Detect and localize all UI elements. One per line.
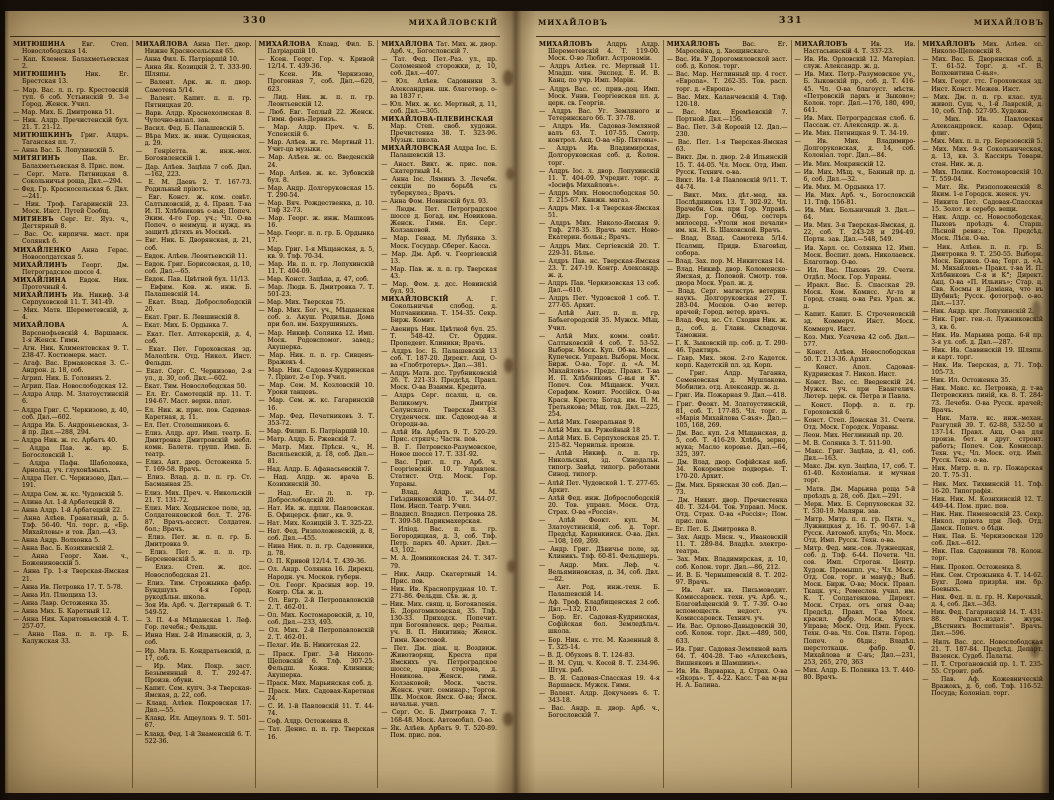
directory-entry: — Генріетта. ж. инж.-мех. Богоявленскій … xyxy=(136,148,252,162)
directory-entry: — Ник. Ник. Пименовскій 23. Секр. Никол.… xyxy=(922,511,1043,532)
directory-entry: — Ив. Мих. Больничный 3. Двл.—64. xyxy=(795,207,916,221)
directory-entry: — Влад. Влад. Самотека 5/14. Псалмщ. При… xyxy=(667,235,788,256)
directory-entry: — Вас. Мих. Еремѣевскій 7. Портной. Двл.… xyxy=(667,109,788,123)
directory-entry: — Агрип. Пав. Новослободская 12. xyxy=(13,383,129,390)
directory-entry: — Елиз. Влад. д. п. п. гр. Ст. Басманная… xyxy=(136,474,252,488)
directory-entry: — Евг. Конст. ж. ком. совѣт. Салтыковскі… xyxy=(136,194,252,237)
directory-entry: — Анна Лавр. Остоженка 35. xyxy=(13,600,129,607)
directory-entry: — Пет. Дм. діак. ц. Воздвиж. Животворящ.… xyxy=(381,645,497,709)
directory-entry: — Ник. Григ. ген.-л. Лужниковскій 3, кв.… xyxy=(922,316,1043,330)
surname: МИХАЙЛОВА-ПЛЕВИНСКАЯ xyxy=(381,116,493,123)
directory-entry: — Анна Фом. Новинскій бул. 93. xyxy=(381,198,497,205)
directory-entry: — М. А. Домниковская 24. Т. 347-79. xyxy=(381,555,497,569)
directory-entry: — Мар. Фом. д. дсс. Новинскій бул. 93. xyxy=(381,281,497,295)
directory-entry: — Варв. Алдр. Краснохолмская 8. Чулочно-… xyxy=(136,110,252,124)
directory-entry: — Мих. Мих. 9-я Сокольническая, д. 13, к… xyxy=(922,146,1043,167)
directory-entry: — Инна Ник. 2-й Ильинскій, д. 3, соб. xyxy=(136,632,252,646)
directory-entry: — Тат. Фед. Пет.-Раз. ул., пр. Соломенно… xyxy=(381,56,497,77)
directory-entry: — Анна Гр. 1-я Тверская-Ямская 21. xyxy=(13,568,129,582)
directory-entry: — Анна Ил. Плющиха 13. xyxy=(13,592,129,599)
directory-entry: — И. В. Б. Чернышевскій 8. Т. 202-97. Вр… xyxy=(667,572,788,586)
directory-entry: — Вас. Ос. кирпичн. маст. при Солянкѣ 6. xyxy=(13,231,129,245)
directory-entry: — Ник. Андр. Скатертный 14. Прис. пов. xyxy=(381,571,497,585)
directory-entry: — Екат. Серг. С. Черкизово, 2-я ул., д. … xyxy=(136,368,252,382)
directory-entry: — Авениръ Ник. Цвѣтной бул. 25. Т. 548-4… xyxy=(381,326,497,347)
directory-entry: — Алѣй Фед. инж. Доброслободскій 20. Тов… xyxy=(539,495,660,516)
edge-stain xyxy=(1030,640,1040,658)
directory-entry: — Екат. Григ. Б. Левшинскій 8. xyxy=(136,314,252,321)
directory-entry: — Дм. Никит. двор. Пречистенка 40. Т. 32… xyxy=(667,497,788,525)
directory-entry: — Ив. Ант. кв. Письмоводит. Комиссаровск… xyxy=(667,587,788,622)
directory-entry: — Ант. Род. инж.-техн. Б. Палашевскій 14… xyxy=(539,584,660,598)
directory-entry: — Алдръ Вас. сс. прив.-доц. Имп. Моск. У… xyxy=(539,86,660,107)
directory-entry: — Влад. Серг. магистръ ветерин. наукъ. Д… xyxy=(667,288,788,316)
directory-entry: — В. Я. Садовая-Спасская 19. 4-я Варшавс… xyxy=(539,675,660,689)
directory-entry: — Мар. Сем. ж. кс. Гагаринскій 16. xyxy=(259,397,375,411)
surname: МИХАЙЛЕНКО xyxy=(13,247,82,254)
directory-entry: — Анна Ив. Петровка 17. Т. 5-78. xyxy=(13,584,129,591)
ink-stain xyxy=(507,560,515,573)
directory-entry: — Алдръ Мих. 1-я Тверская-Ямская 51. xyxy=(539,205,660,219)
directory-entry: — Мих. Ив. Павловская Александровск. каз… xyxy=(922,116,1043,137)
directory-entry: — Алѣй Мих. кв. Ружейный 18 xyxy=(539,427,660,434)
directory-entry: МИХАЙЛЕНКО Анна Герас. Новосолдатская 5. xyxy=(13,247,129,261)
directory-entry: — Юл. Мих. ж. кс. Мертвый, д. 11, соб. Д… xyxy=(381,101,497,115)
surname: МИХАЙЛИНЪ xyxy=(13,262,82,269)
directory-entry: — Алѣй Мих. Б. Серпуховская 25. Т. 215-8… xyxy=(539,435,660,449)
directory-entry: — Ив. Мих. Пятницкая 9. Т. 34-19. xyxy=(795,130,916,137)
directory-entry: — Мих. Матв. Шереметевскій, д. 4. xyxy=(13,307,129,321)
directory-entry: МИХАЙЛИНЪ Ив. Никиф. 3-й Серпуховской 11… xyxy=(13,292,129,306)
directory-entry: — Ник. Ив. Краснопрудная 10. Т. 271-86. … xyxy=(381,586,497,600)
directory-entry: — Елиз. Мих. Преч. ч. Никольскій 21. Т. … xyxy=(136,490,252,504)
directory-entry: — Алдръ Ив. Владимирская, Долгоруковская… xyxy=(539,145,660,166)
directory-entry: — Ник. Мих. Тихвинскій 11. Тлф. 16-20. Т… xyxy=(922,481,1043,495)
directory-entry: — Макс. Григ. Зацѣпа, д. 41, соб. Двл.—1… xyxy=(795,448,916,462)
directory-entry: — Вас. Пет. 3-й Коровій 12. Двл.—230. xyxy=(667,124,788,138)
directory-entry: — Екат. Мих. Б. Ордынка 7. xyxy=(136,322,252,329)
running-head-right: МИХАЙЛОВЪ xyxy=(974,18,1044,27)
directory-entry: — Ир. Матв. Б. Кондратьевскій, д. 17, со… xyxy=(136,648,252,662)
directory-entry: — Ник. Троф. Гагаринскій 23. Моск. Инст.… xyxy=(13,201,129,215)
directory-entry: — Ник. Ив. Марьина роща. 6-й пр. 3-я ул.… xyxy=(922,332,1043,346)
surname: МИТЮШИНА xyxy=(13,41,82,48)
directory-entry: МИХАЙЛОВА-ПЛЕВИНСКАЯ Мар. Степ. своб. ху… xyxy=(381,116,497,144)
directory-entry: — Ник. Ил. Остоженка 35. xyxy=(922,377,1043,384)
directory-entry: — Леон. Мих. Неглинный пр. 20. xyxy=(795,432,916,439)
surname: МИХАЙЛОВЪ xyxy=(795,41,871,48)
directory-entry: — Мар. Мих. Бог. уч., Мѣщанская соб. з. … xyxy=(259,307,375,328)
directory-entry: — Ив. Ив. Варварка, д. Страх. О-ва «Якор… xyxy=(667,668,788,689)
directory-entry: — Ир. Мих. Покр. заст. Безымянный 8. Т. … xyxy=(136,663,252,684)
page-header-330: 330 МИХАЙЛОВСКІЙ xyxy=(10,14,500,36)
directory-entry: — О. П. Кривой 12/14. Т. 439-36. xyxy=(259,558,375,565)
directory-entry: — Ник. Алдр. сс. Новослободская, Пыховъ … xyxy=(922,214,1043,242)
directory-entry: — Ив. Мих. Мокринскій 12. xyxy=(795,161,916,168)
directory-entry: — Ив. Харл. сс. Солянка 12. Имп. Моск. В… xyxy=(795,245,916,266)
directory-entry: — Ник. Мих. свящ. ц. Богоявленія. Б. Дор… xyxy=(381,601,497,644)
directory-entry: — Ол. Георг. Красныя вор. 19. Контр. Сѣв… xyxy=(259,582,375,596)
directory-entry: — Ел. Ег. Самотецкій пр. 11. Т. 194-67. … xyxy=(136,391,252,405)
directory-entry: — Алдръ Мих. Новослободская 50. Т. 215-6… xyxy=(539,190,660,204)
directory-entry: — Бор. Ег. Садовая-Кудринская, Софійская… xyxy=(539,614,660,635)
directory-entry: — Тат. Денис. п. п. гр. Тверская 16. xyxy=(259,726,375,740)
directory-entry: — Ник. Фед. Гагаринскій 14. Т. 431-88. Р… xyxy=(922,609,1043,637)
directory-entry: — Клавд. Фед. 1-й Знаменскій 6. Т. 522-3… xyxy=(136,731,252,745)
directory-entry: МИТЮШИНЪ Ник. Ег. Брестская 13. xyxy=(13,71,129,85)
directory-entry: — Алдра Сем. ж. кс. Чудовскій 5. xyxy=(13,491,129,498)
directory-entry: — Анна Фил. Б. Патріаршій 10. xyxy=(136,56,252,63)
directory-entry: — Мар. Фед. Печатниковъ 3. Т. 353-72. xyxy=(259,413,375,427)
page-number-331: 331 xyxy=(779,15,803,26)
directory-entry: — Ник. Ник. М. Козихинскій 12. Т. 449-44… xyxy=(922,496,1043,510)
directory-entry: — Алдръ Пет. Чудовской 1 соб. Т. 277-65.… xyxy=(539,295,660,309)
directory-entry: — Ив. Ив. Орловскій 12. Матеріал. служ. … xyxy=(795,56,916,70)
page-331: МИХАЙЛОВЪ 331 МИХАЙЛОВЪ МИХАЙЛОВЪ Алдръ … xyxy=(536,14,1046,792)
directory-entry: — Ол. Андр. Солянка 16. Дирекц. Народн. … xyxy=(259,566,375,580)
directory-entry: — Ив. Мих. М. Ордынка 17. xyxy=(795,184,916,191)
directory-entry: — Агн. Ник. Климентовская 9. Т. 238-47. … xyxy=(13,345,129,359)
directory-entry: — Алдръ Мих. Сергіевскій 20. Т. 229-31. … xyxy=(539,243,660,257)
directory-entry: — Клавд. Ил. Ащеуловъ 9. Т. 501-67. xyxy=(136,715,252,729)
directory-entry: — Евфим. Ков. ж. инж. Б. Палашевскій 14. xyxy=(136,284,252,298)
directory-entry: — Анна Вас. Б. Козихинскій 2. xyxy=(13,545,129,552)
directory-entry: — Матр. Алдр. Б. Ржевскій 7. xyxy=(259,436,375,443)
directory-entry: — Евг. Ник. Б. Дворянская, д. 21, соб. xyxy=(136,237,252,251)
directory-entry: — Нилъ Вас. дсс. Новослободская 21. Т. 1… xyxy=(922,639,1043,660)
directory-entry: — Серг. Ос. Б. Дмитровка 7. Т. 168-48. М… xyxy=(381,709,497,723)
surname: МИХАЙЛОВА xyxy=(136,41,194,48)
directory-entry: — Андр. Мих. Леф. ч. Вельяминовская, д. … xyxy=(539,562,660,583)
directory-entry: — Мар. Мих. Б. Дмитровка 51. xyxy=(13,109,129,116)
directory-entry: — Влад. Алдр. нс. М. Гнѣздниковскій 10. … xyxy=(381,489,497,510)
directory-entry: — Як. Алѣев. Арбатъ 9. Т. 520-89. Пом. п… xyxy=(381,725,497,739)
directory-entry: — Над. Ег. л. п. гр. Доброслободскій 20. xyxy=(259,490,375,504)
surname: МИХАЙЛОВЪ xyxy=(667,41,742,48)
directory-entry: — Елиз. Мих. Ходынское поле, зд. Солдате… xyxy=(136,505,252,533)
directory-entry: — Иліод. Вас. п. п. гр. Богородицкая, д.… xyxy=(381,526,497,554)
directory-entry: — Мар. Генад. М. Лубянка 3. Моск. Госуда… xyxy=(381,235,497,249)
directory-entry: — Ел. Пет. Столешниковъ 6. xyxy=(136,422,252,429)
directory-entry: — Ол. Евгр. 2-й Петропавловскій 2. Т. 46… xyxy=(259,597,375,611)
directory-entry: — Мерк. Мих. Б. Серпуховская 32. Т. 530-… xyxy=(795,501,916,515)
directory-entry: МИХАЙЛОВА А. Варсонофьевскій 4. Варшавск… xyxy=(13,322,129,343)
directory-entry: — Мар. Андр. Долгоруковская 15. Т. 290-5… xyxy=(259,185,375,199)
directory-entry: — Анна Іос. Ляминъ 3. Лечебн. секціи по … xyxy=(381,176,497,197)
directory-entry: — Васил. Фед. Б. Палашевскій 5. xyxy=(136,125,252,132)
directory-entry: — Дм. Влад. двор. Софійская наб. 34. Кок… xyxy=(667,459,788,480)
directory-entry: — Конст. Степ. Донская 31. Счетн. Отд. М… xyxy=(795,417,916,431)
directory-entry: — Мих. Георг. ттс. Гороховская зд. Инст.… xyxy=(922,78,1043,92)
directory-entry: — Ол. Мих. Костомаровскій, д. 10, соб. Д… xyxy=(259,612,375,626)
directory-entry: МИХАЙЛОВЪ Алдръ Алдр. Шереметевскій 4. Т… xyxy=(539,41,660,62)
directory-entry: — Мих. Вас. Б. Дворянская соб. д. Т. 61-… xyxy=(922,56,1043,77)
directory-entry: — Григ. Алдр. Таганка, Семеновская д. Му… xyxy=(667,370,788,391)
directory-entry: — Фед. Гр. Красносельская 6. Двл.—241. xyxy=(13,186,129,200)
directory-entry: — Никита Пет. Садовая-Спасская 15. Золот… xyxy=(922,199,1043,213)
ink-stain xyxy=(506,168,514,180)
directory-entry: — Алѣй Пет. Чудовской 1. Т. 277-65. Архи… xyxy=(539,480,660,494)
directory-entry: — Валент. Арк. ж. п. двор. Самотека 5/14… xyxy=(136,79,252,93)
directory-entry: — Мар. Конст. Зацѣпа, д. 47, соб. xyxy=(259,276,375,283)
directory-entry: — Алѣй Феокт. куп. М. Златоустинскій, со… xyxy=(539,517,660,545)
directory-entry: — Конст. Апол. Садовая-Кудринская 7. Ник… xyxy=(795,364,916,378)
surname: МИХАЙЛОВА xyxy=(259,41,318,48)
directory-entry: — Анна Пав. п. п. гр. Б. Калужская 33. xyxy=(13,631,129,645)
directory-entry: — Ник. Алѣев. п. п. гр. Б. Дмитровка 9. … xyxy=(922,244,1043,308)
directory-column: МИХАЙЛОВЪ Алдръ Алдр. Шереметевскій 4. Т… xyxy=(536,40,663,788)
directory-entry: — Ив. Мих. Мѣщ. ч., Банный пр. д. 6, соб… xyxy=(795,169,916,183)
directory-entry: — Андр. Григ. Дѣвичье поле, зд. Клиникъ.… xyxy=(539,546,660,560)
directory-entry: МИХАЙЛОВЪ Вас. Ег. Маросейка, д. Хвощинс… xyxy=(667,41,788,55)
directory-column: МИХАЙЛОВА Клавд. Фил. Б. Патріаршій 10.—… xyxy=(255,40,378,788)
directory-entry: — Викт. Дм. п. двор. 2-й Ильинскій 15. Т… xyxy=(667,154,788,175)
directory-entry: — Ник. Фед. п. п. гр. Н. Кирочный, д. 4,… xyxy=(922,594,1043,608)
surname: МИХАЙЛОВА xyxy=(381,41,436,48)
page-number-330: 330 xyxy=(243,15,267,26)
directory-entry: — Серг. Матв. Пятницкая 8. Сокольничья р… xyxy=(13,171,129,185)
directory-entry: — Ник. Макс. кс. Петровка, д. т-ва Петро… xyxy=(922,385,1043,413)
directory-entry: — Алдръ Матв. дсс. Трубниковскій 26. Т. … xyxy=(381,370,497,391)
ink-stain xyxy=(504,358,513,373)
directory-entry: — Влад. Фед. нс. Ст. Сходня Ник. ж. д., … xyxy=(667,317,788,338)
directory-column: МИХАЙЛОВЪ Вас. Ег. Маросейка, д. Хвощинс… xyxy=(663,40,791,788)
directory-entry: — Вас. Григ. п. гр. Арб. ч. Георгіевскій… xyxy=(381,459,497,487)
directory-entry: — Алдра Пет. С. Черкизово, Двл.—191. xyxy=(13,475,129,489)
directory-entry: — С. И. 1-й Павловскій 11. Т. 44-74. xyxy=(259,703,375,717)
directory-entry: — Елиз. Ант. двор. Остоженка 5. Т. 169-5… xyxy=(136,459,252,473)
directory-entry: — Матв. Дм. Марьина роща 5-й проѣздъ д. … xyxy=(795,486,916,500)
directory-entry: — Ил. Вас. Пыховъ 29. Счетн. Отдѣл. Моск… xyxy=(795,267,916,281)
directory-entry: — Елиз. Тим. Строжынка фабр. Бундшухъ 4-… xyxy=(136,580,252,601)
directory-entry: — Григ. Феокт. М. Златоустинскій, 81, со… xyxy=(667,401,788,429)
directory-entry: — Нат. Фед. Ризположенскій, д. 8, соб. Д… xyxy=(259,528,375,542)
directory-entry: — Ксен. Ив. Черкизово, Прогонная 7, соб.… xyxy=(259,71,375,92)
header-rule xyxy=(10,36,500,37)
directory-entry: — Алѣй Мих. комм. совѣт. Салтыковскій 4 … xyxy=(539,333,660,418)
directory-entry: — Бор. Ник. с. ттс. М. Казенный 8. Т. 32… xyxy=(539,637,660,651)
scan-edge-right xyxy=(1040,0,1054,800)
directory-entry: — Митр. Фед. мин.-сов. Лужнецкая, соб. д… xyxy=(795,545,916,666)
directory-entry: — Алдръ Пав. Черкизовская 13 соб. Двл.—6… xyxy=(539,280,660,294)
directory-entry: — Алдра Ив. Б. Андроньевская, 3-й пр. Дв… xyxy=(13,422,129,436)
surname: МИХАЙЛИНЪ xyxy=(13,292,73,299)
directory-entry: — Алдръ Іос. Б. Палашевскій 13 соб. Т. 1… xyxy=(381,348,497,369)
directory-entry: — Матр. Мих. Прѣсн. ч., Н. Васильевскій,… xyxy=(259,444,375,465)
directory-entry: — Мит. Як. Ризположенскій 8. Яким. 1-е Г… xyxy=(922,184,1043,198)
directory-entry: — Мих. Дм. л. п. гр. клас. худ. живоп. С… xyxy=(922,94,1043,115)
directory-entry: — Зоя Ив. Арб. ч. Дегтярный 6. Т. 549-52… xyxy=(136,602,252,616)
directory-entry: — Мих. Полик. Костомаровскій 10. Т. 559-… xyxy=(922,169,1043,183)
directory-entry: — Алдръ Вас. Уг. Земляного и Тетеринскаг… xyxy=(539,108,660,122)
directory-entry: — Влад. Зах. пор. М. Никитская 14. xyxy=(667,258,788,265)
directory-entry: — Ив. Мих. Владимиро-Долгоруковская, д. … xyxy=(795,138,916,159)
directory-entry: — Мар. Дм. Арб. ч. Георгіевскій 13. xyxy=(381,251,497,265)
directory-entry: — Ник. Ив. Тверская, д. 71. Тлф. 105-73. xyxy=(922,362,1043,376)
directory-entry: — Ник. Пав. Садовники 78. Колон. торг. xyxy=(922,548,1043,562)
directory-entry: — Анна Алдр. 1-й Арбатецкій 22. xyxy=(13,507,129,514)
directory-entry: МИХАЙЛИНЪ Георг. Дм. Петроградское шоссе… xyxy=(13,262,129,276)
directory-entry: — Люб. Евг. Теплый 22. Женск. Гимн. фонъ… xyxy=(259,109,375,123)
directory-entry: — Алдръ Мих. Николо-Ямская 9. Тлф. 278-3… xyxy=(539,220,660,241)
directory-entry: — Вас. Мар. Неглинный пр. 4 гост. «Европ… xyxy=(667,71,788,92)
directory-entry: — Анна Як. Козицкій 2. Т. 333-90. Шляпы. xyxy=(136,64,252,78)
directory-entry: — Кап. Клемен. Балахметьевская 2. xyxy=(13,56,129,70)
directory-entry: — Мар. Ник. Садовая-Кудринская 7. Пріют.… xyxy=(259,367,375,381)
directory-entry: — Мар. Вяч. Рождественка, д. 10. Тлф 32-… xyxy=(259,200,375,214)
directory-entry: — Анна Андр. Волхонка 5. xyxy=(13,537,129,544)
directory-entry: МИТЮШИНА Евг. Степ. Новослободская 14. xyxy=(13,41,129,55)
directory-entry: — Екат. Тим. Новослободская 50. xyxy=(136,383,252,390)
directory-entry: — Агаф. Вас. Ермаковская 3. С.-Андрон. д… xyxy=(13,360,129,374)
directory-entry: — Алдръ Іос. л. двор. Лопухинскій 11. Т.… xyxy=(539,168,660,189)
directory-entry: — Вас. Андр. п. двор. Арб. ч., Богословс… xyxy=(539,705,660,719)
directory-column: МИХАЙЛОВА Тат. Мих. ж. двор. Арб. ч., Бо… xyxy=(377,40,500,788)
directory-entry: — Макс. Дм. куп. Зацѣпа, 17, соб. Т. 61-… xyxy=(795,463,916,484)
directory-entry: — Екат. Влад. Доброслободскій 20. xyxy=(136,299,252,313)
directory-entry: — Г. К. Зыковскій пр. соб. д. Т. 290-46.… xyxy=(667,340,788,354)
directory-entry: — Соф. Алдр. Остоженка 8. xyxy=(259,718,375,725)
directory-entry: — Ник. Матв. кс. инж.-механ. Разгуляй 39… xyxy=(922,415,1043,465)
directory-entry: — Мар. Людв. Б. Дмитровка 7. Т. 501-23. xyxy=(259,284,375,298)
directory-entry: — Е. М. Даевъ 2. Т. 167-73. Родильный пр… xyxy=(136,179,252,193)
directory-entry: МИТЮШКИНЪ Григ. Алдръ. Таганская пл. 7. xyxy=(13,132,129,146)
directory-column: МИТЮШИНА Евг. Степ. Новослободская 14.— … xyxy=(10,40,132,788)
directory-entry: — Вас. Мих. Каланчевскій 4. Тлф. 120-18. xyxy=(667,94,788,108)
directory-entry: — Екат. Пет. Аптекарскій, д. 4, соб. xyxy=(136,331,252,345)
directory-entry: — Алдръ Ив. Садовая-Земляной валъ 63. Т.… xyxy=(539,123,660,144)
surname: МИТЮШКИНЪ xyxy=(13,132,81,139)
surname: МИТЯГИНЪ xyxy=(13,155,82,162)
columns-330: МИТЮШИНА Евг. Степ. Новослободская 14.— … xyxy=(10,40,500,788)
directory-entry: — Валент. Алдр. Докучаевъ 6. Т. 343-18. xyxy=(539,690,660,704)
directory-entry: — Анна Ник. Харитоньевскій 4. Т. 257-07. xyxy=(13,616,129,630)
scanned-directory-page: { "colors":{"paper":"#cbb588","ink":"#24… xyxy=(0,0,1054,800)
surname: МИХАЙЛОВЪ xyxy=(539,41,607,48)
directory-entry: — Викт. Мих. дѣт.-мед. кв. Послѣдниковъ … xyxy=(667,192,788,235)
directory-entry: — Григ. Ив. Пожарная 9. Двл.—418. xyxy=(667,392,788,399)
directory-entry: — Алѣй Мих. Генеральная 9. xyxy=(539,419,660,426)
page-330: 330 МИХАЙЛОВСКІЙ МИТЮШИНА Евг. Степ. Нов… xyxy=(10,14,500,792)
header-rule xyxy=(536,36,1046,37)
directory-entry: — Мар. Алѣев. ж. гс. Мертвый 11. Учит-ца… xyxy=(259,139,375,153)
directory-entry: — Мар. Филип. Б. Патріаршій 10. xyxy=(259,428,375,435)
directory-entry: — Мих. Мих. п. п. гр. Березовскій 5. xyxy=(922,138,1043,145)
directory-entry: — Елиз. Пет. ж. п. п. гр. Берсеновскій 5… xyxy=(136,549,252,563)
directory-entry: — Мар. Пав. ж. л. п. гр. Тверская 43. xyxy=(381,266,497,280)
directory-column: МИХАЙЛОВА Анна Пет. двор. Нижне Красносе… xyxy=(132,40,255,788)
directory-entry: — Праск. Мих. Марьинская соб. д. xyxy=(259,680,375,687)
directory-entry: — Вас. Ив. У Дорогомиловской заст. соб. … xyxy=(667,56,788,70)
directory-entry: — Анна Вас. Б. Лопухинскій 5. xyxy=(13,147,129,154)
directory-entry: — Капит. Сем. купч. 3-я Тверская-Ямская,… xyxy=(136,685,252,699)
directory-entry: — Мар. Ив. п. п. гр. Лопухинскій 11. Т. … xyxy=(259,261,375,275)
directory-column: МИХАЙЛОВЪ Ив. Ив. Настасьинскій 4. Т. 33… xyxy=(791,40,919,788)
directory-entry: — Анна Георг. Хам. ч., Божениновскій 5. xyxy=(13,553,129,567)
directory-entry: — Мих. Алдр. Б. Полянка 13. Т. 440-80. В… xyxy=(795,667,916,681)
directory-entry: — Юл. Алѣев. Садовники 3. Александрин. ш… xyxy=(381,78,497,99)
directory-entry: — Евдок. Григ. Борисовская, д. 10, соб. … xyxy=(136,261,252,275)
directory-entry: — Алдръ Пав. нс. Тверская-Ямская 23. Т. … xyxy=(539,258,660,279)
directory-entry: — Дм. Вас. куп. 2-я Мѣщанская, д. 5, соб… xyxy=(667,430,788,458)
directory-entry: — Алина Ал. 1-й Арбатецкій 8. xyxy=(13,499,129,506)
directory-entry: МИХАЙЛОВА Клавд. Фил. Б. Патріаршій 10. xyxy=(259,41,375,55)
directory-entry: — Мар. Вас. л. п. гр. Крестовскій туп. 6… xyxy=(13,87,129,108)
directory-entry: — Елиз. Степ. ж. дсс. Новослободская 21. xyxy=(136,564,252,578)
directory-entry: — Елиз. Пет. ж. п. п. гр. Б. Дмитровка 9… xyxy=(136,534,252,548)
directory-entry: — Митр. Митр. п. п. гр. Пятн. ч., Лужниц… xyxy=(795,516,916,544)
directory-entry: МИХАЙЛОВСКАЯ Алдра Іос. Б. Палашевскій 1… xyxy=(381,145,497,159)
directory-entry: — Мар. Георг. ж. инж. Машковъ 16. xyxy=(259,215,375,229)
directory-entry: — В. Г. Петровско-Разумовское, Новое шос… xyxy=(381,444,497,458)
directory-entry: — Мар. Ник. п. п. гр. Сивцевъ-Вражекъ 4. xyxy=(259,352,375,366)
directory-entry: МИТЯГИНЪ Пав. Ег. Балахметьевская 8. При… xyxy=(13,155,129,169)
directory-entry: — Аф. Троф. Кладбищенская 2 соб. Двл.—13… xyxy=(539,599,660,613)
directory-entry: — Ив. Вас. Орлово-Давыдовскій 30, соб. К… xyxy=(667,623,788,644)
directory-entry: — Викт. Ив. 1-й Павловскій 9/11. Т. 44-7… xyxy=(667,177,788,191)
directory-entry: МИХАЙЛОВА Анна Пет. двор. Нижне Красносе… xyxy=(136,41,252,55)
directory-entry: — Пелаг. Ив. Б. Никитская 22. xyxy=(259,642,375,649)
surname: МИХАЙЛОВСКІЙ xyxy=(381,296,466,303)
directory-entry: — Алдра Пав. ж. вр. Б. Богословскій 1. xyxy=(13,445,129,459)
running-head-left: МИХАЙЛОВЪ xyxy=(538,18,608,27)
directory-entry: — Мар. Алдр. Преч. ч. Б. Успенскій 6. xyxy=(259,124,375,138)
directory-entry: — Валент. Капит. п. п. гр. Пятницкая 20. xyxy=(136,95,252,109)
directory-entry: — Елиз. Алдр. арт. Имп. театр. Б. Дмитро… xyxy=(136,430,252,458)
directory-entry: — Конст. Алѣев. Новослободская 50. Т. 21… xyxy=(795,349,916,363)
directory-entry: — Лид. Ник. ж. п. п. гр. Леонтьевскій 12… xyxy=(259,94,375,108)
directory-entry: — Анаст. Викт. ж. прис. пов. Скатертный … xyxy=(381,161,497,175)
directory-entry: — Алѣй Ант. п. п. гр. Бабьегородскій 35.… xyxy=(539,310,660,331)
directory-entry: — Алдръ Алѣев. гс. Мертвый 11. Младш. чи… xyxy=(539,63,660,84)
directory-entry: — Нат. Мих. Козицкій 3. Т. 325-22. xyxy=(259,520,375,527)
directory-entry: — Зах. Мих. Владимирская, д. 10, соб. Ко… xyxy=(667,556,788,570)
directory-entry: — Ник. Пав. Б. Черкизовская 120 соб. Двл… xyxy=(922,533,1043,547)
surname: МИХАЙЛОВЪ xyxy=(922,41,983,48)
directory-entry: — М. В. Солянка 3. Т. 511-90. xyxy=(795,440,916,447)
directory-entry: — Нат. Ив. ж. пдплк. Павловская. Б. Офиц… xyxy=(259,505,375,519)
directory-entry: — Вас. Пет. 1-я Тверская-Ямская 63. xyxy=(667,139,788,153)
directory-entry: — Конст. Вас. сс. Введенскій 24. Мужск. … xyxy=(795,379,916,400)
directory-entry: — Анна Алѣев. Гранатный, д. 5. Тлф. 56-4… xyxy=(13,515,129,536)
directory-entry: — Капит. Капит. Б. Строченовскій зд. Ком… xyxy=(795,311,916,332)
directory-entry: — Ол. Мих. 2-й Петропавловскій 2. Т. 462… xyxy=(259,627,375,641)
directory-entry: — Мар. Алѣев. ж. кс. Зубовскій бул. 8. xyxy=(259,170,375,184)
directory-entry: — Ег. Пет. Б. Дмитровка 8. xyxy=(667,526,788,533)
surname: МИХАЙЛОВСКАЯ xyxy=(381,145,453,152)
directory-entry: — Мар. Григ. 1-я Мѣщанская, д. 5, кв. 9.… xyxy=(259,246,375,260)
directory-entry: — Алдръ Серг. псалщ. ц. св. Великомуч. Д… xyxy=(381,392,497,427)
directory-entry: — Ник. Митр. п. п. гр. Пожарская 20. Т. … xyxy=(922,465,1043,479)
directory-entry: — Алдра Пафн. Шаболовка, Арнольд. уч. гл… xyxy=(13,460,129,474)
directory-entry: — Вѣра Мих. ж. инж. Сущевская, д. 29. xyxy=(136,133,252,147)
directory-entry: — Коз. Мих. Усачева 42 соб. Двл.—577. xyxy=(795,334,916,348)
directory-entry: — Ив. Мих. Петроградская слоб. 6. Пассаж… xyxy=(795,115,916,129)
directory-entry: МИХАЙЛОВСКІЙ А. Г. Сокольничья слобод. д… xyxy=(381,296,497,324)
directory-entry: — Ник. Сем. Строжынка 4. Т. 14-62. Бухг.… xyxy=(922,572,1043,593)
directory-entry: — З. П. 4-я Мѣщанская 1. Леф. Гор. лечеб… xyxy=(136,617,252,631)
directory-column: МИХАЙЛОВЪ Мих. Алѣев. сс. Николо-Щеповск… xyxy=(918,40,1046,788)
directory-entry: — П. Т. Строгановскій пр. 1. Т. 235-55. … xyxy=(922,661,1043,675)
directory-entry: — Алѣй Ив. Арбатъ 9. Т. 520-29. Прис. ст… xyxy=(381,429,497,443)
directory-entry: — Праск. Мих. Садовая-Каретная 24. xyxy=(259,688,375,702)
directory-entry: МИХАЙЛОВА Тат. Мих. ж. двор. Арб. ч., Бо… xyxy=(381,41,497,55)
page-header-331: МИХАЙЛОВЪ 331 МИХАЙЛОВЪ xyxy=(536,14,1046,36)
directory-entry: МИХАЙЛОВЪ Ив. Ив. Настасьинскій 4. Т. 33… xyxy=(795,41,916,55)
directory-entry: — Ив. Мих. Арб. ч., Богословскій 11. Тлф… xyxy=(795,192,916,206)
ink-stain xyxy=(503,70,513,86)
directory-entry: — Клавд. Алѣев. Покровская 17. Двл.—55. xyxy=(136,700,252,714)
